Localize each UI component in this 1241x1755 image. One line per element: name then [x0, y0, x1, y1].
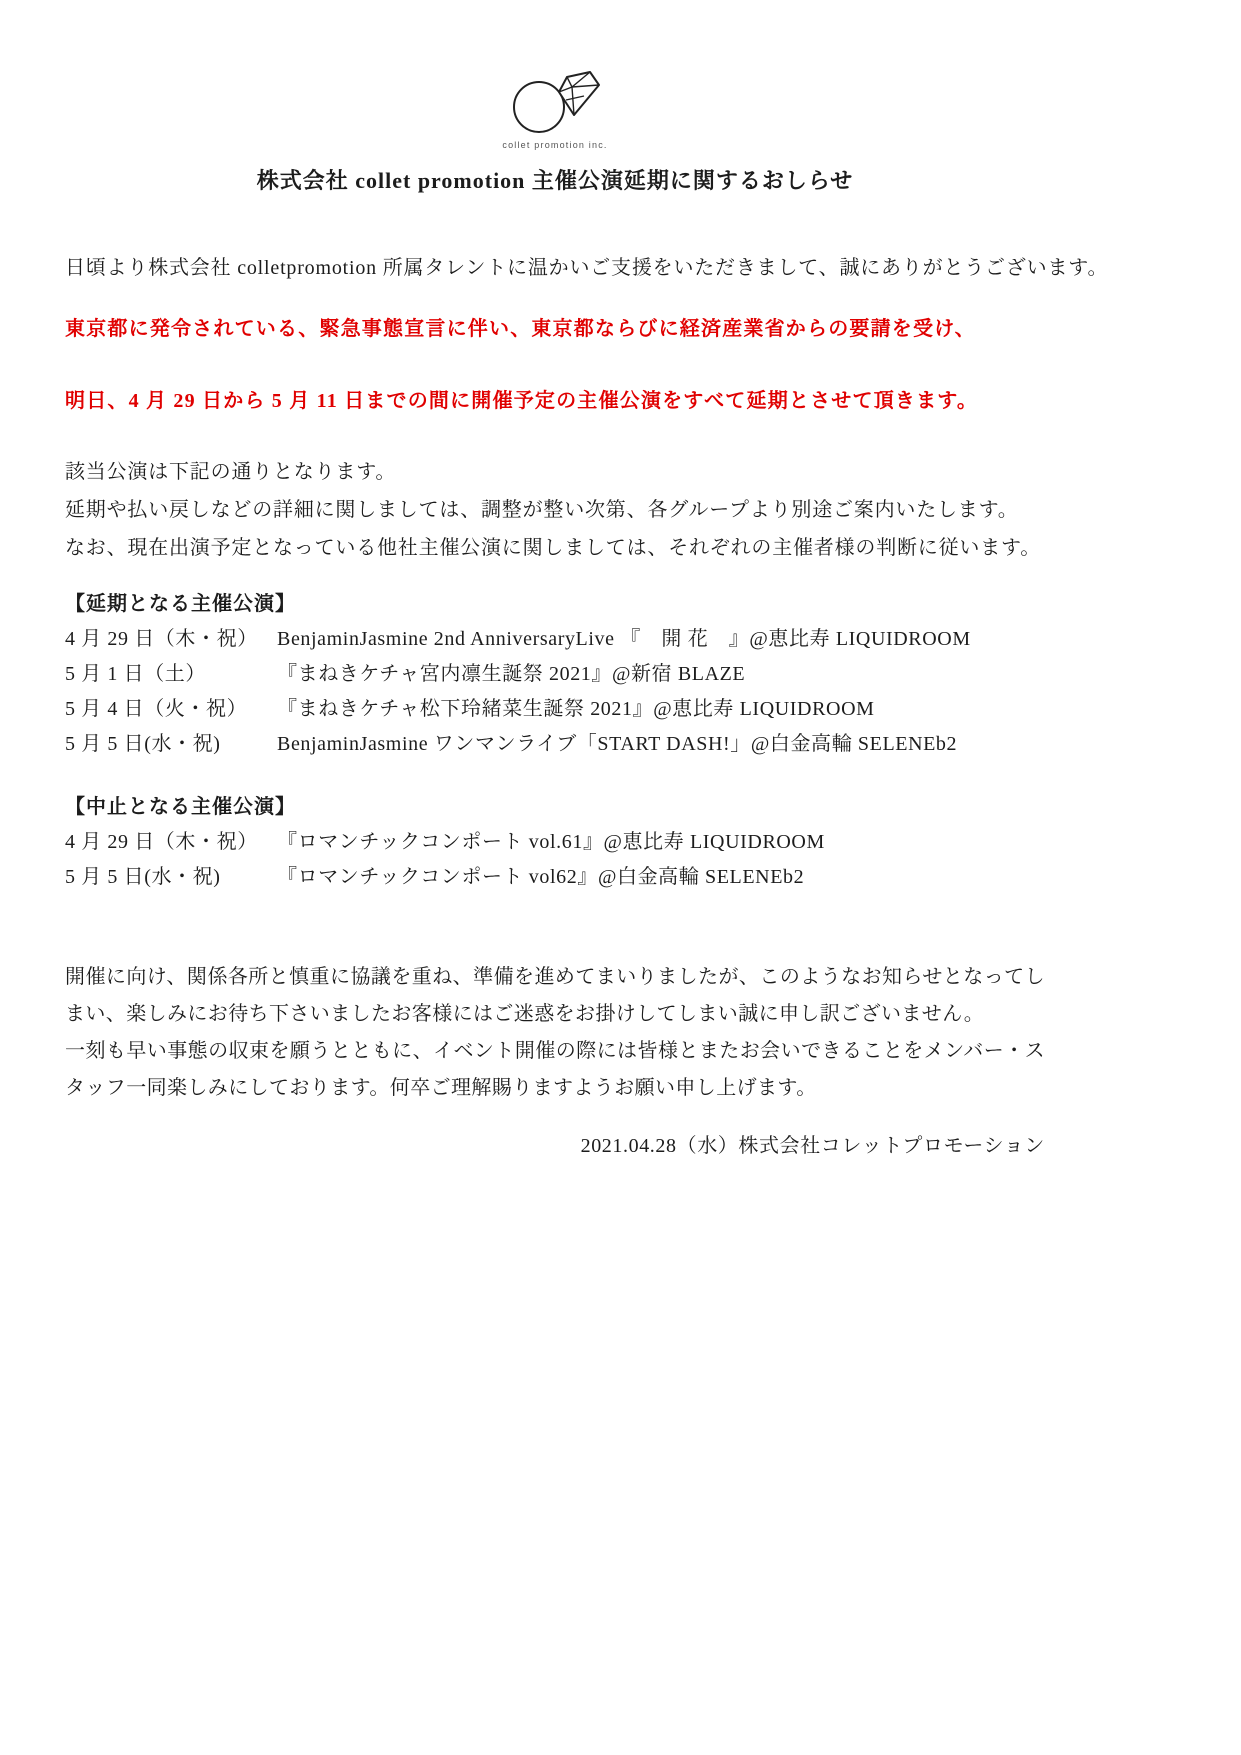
event-date: 5 月 5 日(水・祝): [65, 727, 277, 762]
event-title: 『ロマンチックコンポート vol62』@白金高輪 SELENEb2: [277, 860, 804, 895]
details-line-2: 延期や払い戻しなどの詳細に関しましては、調整が整い次第、各グループより別途ご案内…: [65, 491, 1045, 529]
postponed-section-heading: 【延期となる主催公演】: [65, 587, 1045, 622]
notice-document: collet promotion inc. 株式会社 collet promot…: [65, 0, 1045, 1158]
table-row: 5 月 4 日（火・祝） 『まねきケチャ松下玲緒菜生誕祭 2021』@恵比寿 L…: [65, 692, 1045, 727]
event-date: 5 月 5 日(水・祝): [65, 860, 277, 895]
table-row: 5 月 5 日(水・祝) BenjaminJasmine ワンマンライブ「STA…: [65, 727, 1045, 762]
alert-line-2: 明日、4 月 29 日から 5 月 11 日までの間に開催予定の主催公演をすべて…: [65, 384, 1045, 413]
postponed-list: 4 月 29 日（木・祝） BenjaminJasmine 2nd Annive…: [65, 622, 1045, 762]
signature-line: 2021.04.28（水）株式会社コレットプロモーション: [65, 1129, 1045, 1158]
alert-line-1: 東京都に発令されている、緊急事態宣言に伴い、東京都ならびに経済産業省からの要請を…: [65, 312, 1045, 341]
table-row: 5 月 1 日（土） 『まねきケチャ宮内凛生誕祭 2021』@新宿 BLAZE: [65, 657, 1045, 692]
event-date: 4 月 29 日（木・祝）: [65, 825, 277, 860]
event-title: BenjaminJasmine 2nd AnniversaryLive 『 開 …: [277, 622, 971, 657]
details-line-3: なお、現在出演予定となっている他社主催公演に関しましては、それぞれの主催者様の判…: [65, 529, 1045, 567]
cancelled-list: 4 月 29 日（木・祝） 『ロマンチックコンポート vol.61』@恵比寿 L…: [65, 825, 1045, 895]
closing-paragraphs: 開催に向け、関係各所と慎重に協議を重ね、準備を進めてまいりましたが、このようなお…: [65, 959, 1045, 1107]
table-row: 5 月 5 日(水・祝) 『ロマンチックコンポート vol62』@白金高輪 SE…: [65, 860, 1045, 895]
event-date: 5 月 1 日（土）: [65, 657, 277, 692]
details-line-1: 該当公演は下記の通りとなります。: [65, 453, 1045, 491]
details-paragraph: 該当公演は下記の通りとなります。 延期や払い戻しなどの詳細に関しましては、調整が…: [65, 453, 1045, 567]
page-title: 株式会社 collet promotion 主催公演延期に関するおしらせ: [65, 164, 1045, 195]
table-row: 4 月 29 日（木・祝） 『ロマンチックコンポート vol.61』@恵比寿 L…: [65, 825, 1045, 860]
event-date: 4 月 29 日（木・祝）: [65, 622, 277, 657]
logo-caption: collet promotion inc.: [65, 140, 1045, 150]
diamond-gem-logo-icon: [506, 121, 604, 138]
intro-paragraph: 日頃より株式会社 colletpromotion 所属タレントに温かいご支援をい…: [65, 251, 1045, 280]
event-title: 『ロマンチックコンポート vol.61』@恵比寿 LIQUIDROOM: [277, 825, 825, 860]
closing-paragraph-1: 開催に向け、関係各所と慎重に協議を重ね、準備を進めてまいりましたが、このようなお…: [65, 959, 1045, 1033]
event-title: 『まねきケチャ宮内凛生誕祭 2021』@新宿 BLAZE: [277, 657, 745, 692]
event-date: 5 月 4 日（火・祝）: [65, 692, 277, 727]
closing-paragraph-2: 一刻も早い事態の収束を願うとともに、イベント開催の際には皆様とまたお会いできるこ…: [65, 1033, 1045, 1107]
table-row: 4 月 29 日（木・祝） BenjaminJasmine 2nd Annive…: [65, 622, 1045, 657]
event-title: BenjaminJasmine ワンマンライブ「START DASH!」@白金高…: [277, 727, 957, 762]
cancelled-section-heading: 【中止となる主催公演】: [65, 790, 1045, 825]
company-logo: collet promotion inc.: [65, 0, 1045, 150]
event-title: 『まねきケチャ松下玲緒菜生誕祭 2021』@恵比寿 LIQUIDROOM: [277, 692, 875, 727]
